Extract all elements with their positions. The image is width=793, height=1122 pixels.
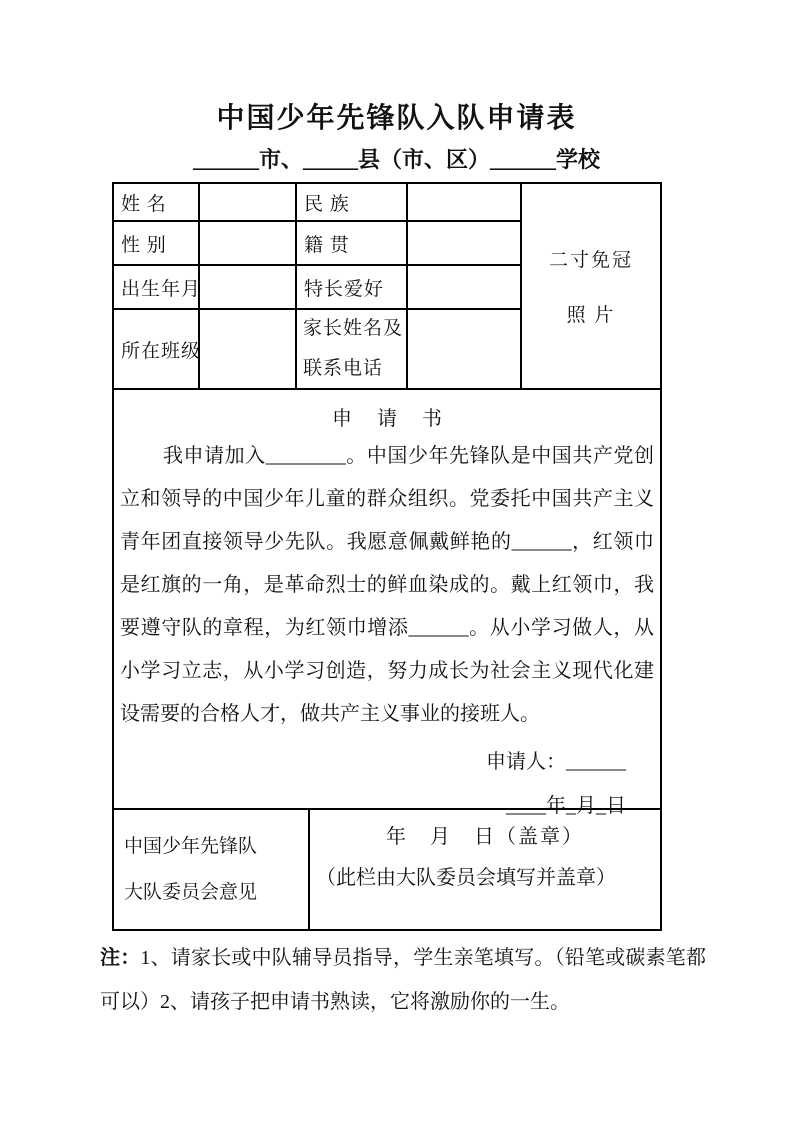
photo-label-line2: 照 片 xyxy=(567,300,616,327)
class-label: 所在班级 xyxy=(114,310,200,390)
application-form-page: 中国少年先锋队入队申请表 ______市、_____县（市、区）______学校… xyxy=(0,0,793,1122)
committee-opinion-value-cell[interactable]: 年 月 日（盖章） （此栏由大队委员会填写并盖章） xyxy=(310,810,660,929)
name-label: 姓 名 xyxy=(114,184,200,222)
hobbies-label: 特长爱好 xyxy=(297,266,408,310)
footnote-prefix: 注： xyxy=(100,947,140,969)
photo-placeholder-cell[interactable]: 二寸免冠 照 片 xyxy=(522,184,660,390)
name-value-cell[interactable] xyxy=(200,184,297,222)
committee-fill-instruction: （此栏由大队委员会填写并盖章） xyxy=(310,856,660,900)
committee-opinion-label-cell: 中国少年先锋队 大队委员会意见 xyxy=(114,810,310,929)
class-value-cell[interactable] xyxy=(200,310,297,390)
committee-date-stamp-line: 年 月 日（盖章） xyxy=(310,818,660,856)
application-letter-cell: 申 请 书 我申请加入________。中国少年先锋队是中国共产党创立和领导的中… xyxy=(114,390,660,810)
native-place-value-cell[interactable] xyxy=(408,222,522,266)
personal-info-table: 姓 名 民 族 二寸免冠 照 片 性 别 籍 贯 出生年月 特长爱好 所在班级 … xyxy=(114,184,660,390)
photo-label-line1: 二寸免冠 xyxy=(549,245,633,272)
footnotes: 注：1、请家长或中队辅导员指导，学生亲笔填写。（铅笔或碳素笔都可以）2、请孩子把… xyxy=(100,936,706,1024)
parent-contact-label: 家长姓名及联系电话 xyxy=(297,310,408,390)
birth-date-value-cell[interactable] xyxy=(200,266,297,310)
committee-label-line2: 大队委员会意见 xyxy=(124,870,308,916)
gender-label: 性 别 xyxy=(114,222,200,266)
ethnicity-label: 民 族 xyxy=(297,184,408,222)
parent-contact-value-cell[interactable] xyxy=(408,310,522,390)
application-letter-body: 我申请加入________。中国少年先锋队是中国共产党创立和领导的中国少年儿童的… xyxy=(120,435,654,736)
hobbies-value-cell[interactable] xyxy=(408,266,522,310)
ethnicity-value-cell[interactable] xyxy=(408,184,522,222)
native-place-label: 籍 贯 xyxy=(297,222,408,266)
school-line: ______市、_____县（市、区）______学校 xyxy=(0,143,793,174)
applicant-signature-line[interactable]: 申请人：______ xyxy=(120,740,654,784)
footnote-text: 1、请家长或中队辅导员指导，学生亲笔填写。（铅笔或碳素笔都可以）2、请孩子把申请… xyxy=(100,947,706,1013)
committee-opinion-row: 中国少年先锋队 大队委员会意见 年 月 日（盖章） （此栏由大队委员会填写并盖章… xyxy=(114,810,660,929)
application-letter-heading: 申 请 书 xyxy=(130,402,654,431)
page-title: 中国少年先锋队入队申请表 xyxy=(0,96,793,136)
birth-date-label: 出生年月 xyxy=(114,266,200,310)
application-form-table: 姓 名 民 族 二寸免冠 照 片 性 别 籍 贯 出生年月 特长爱好 所在班级 … xyxy=(112,182,662,931)
gender-value-cell[interactable] xyxy=(200,222,297,266)
committee-label-line1: 中国少年先锋队 xyxy=(124,824,308,870)
